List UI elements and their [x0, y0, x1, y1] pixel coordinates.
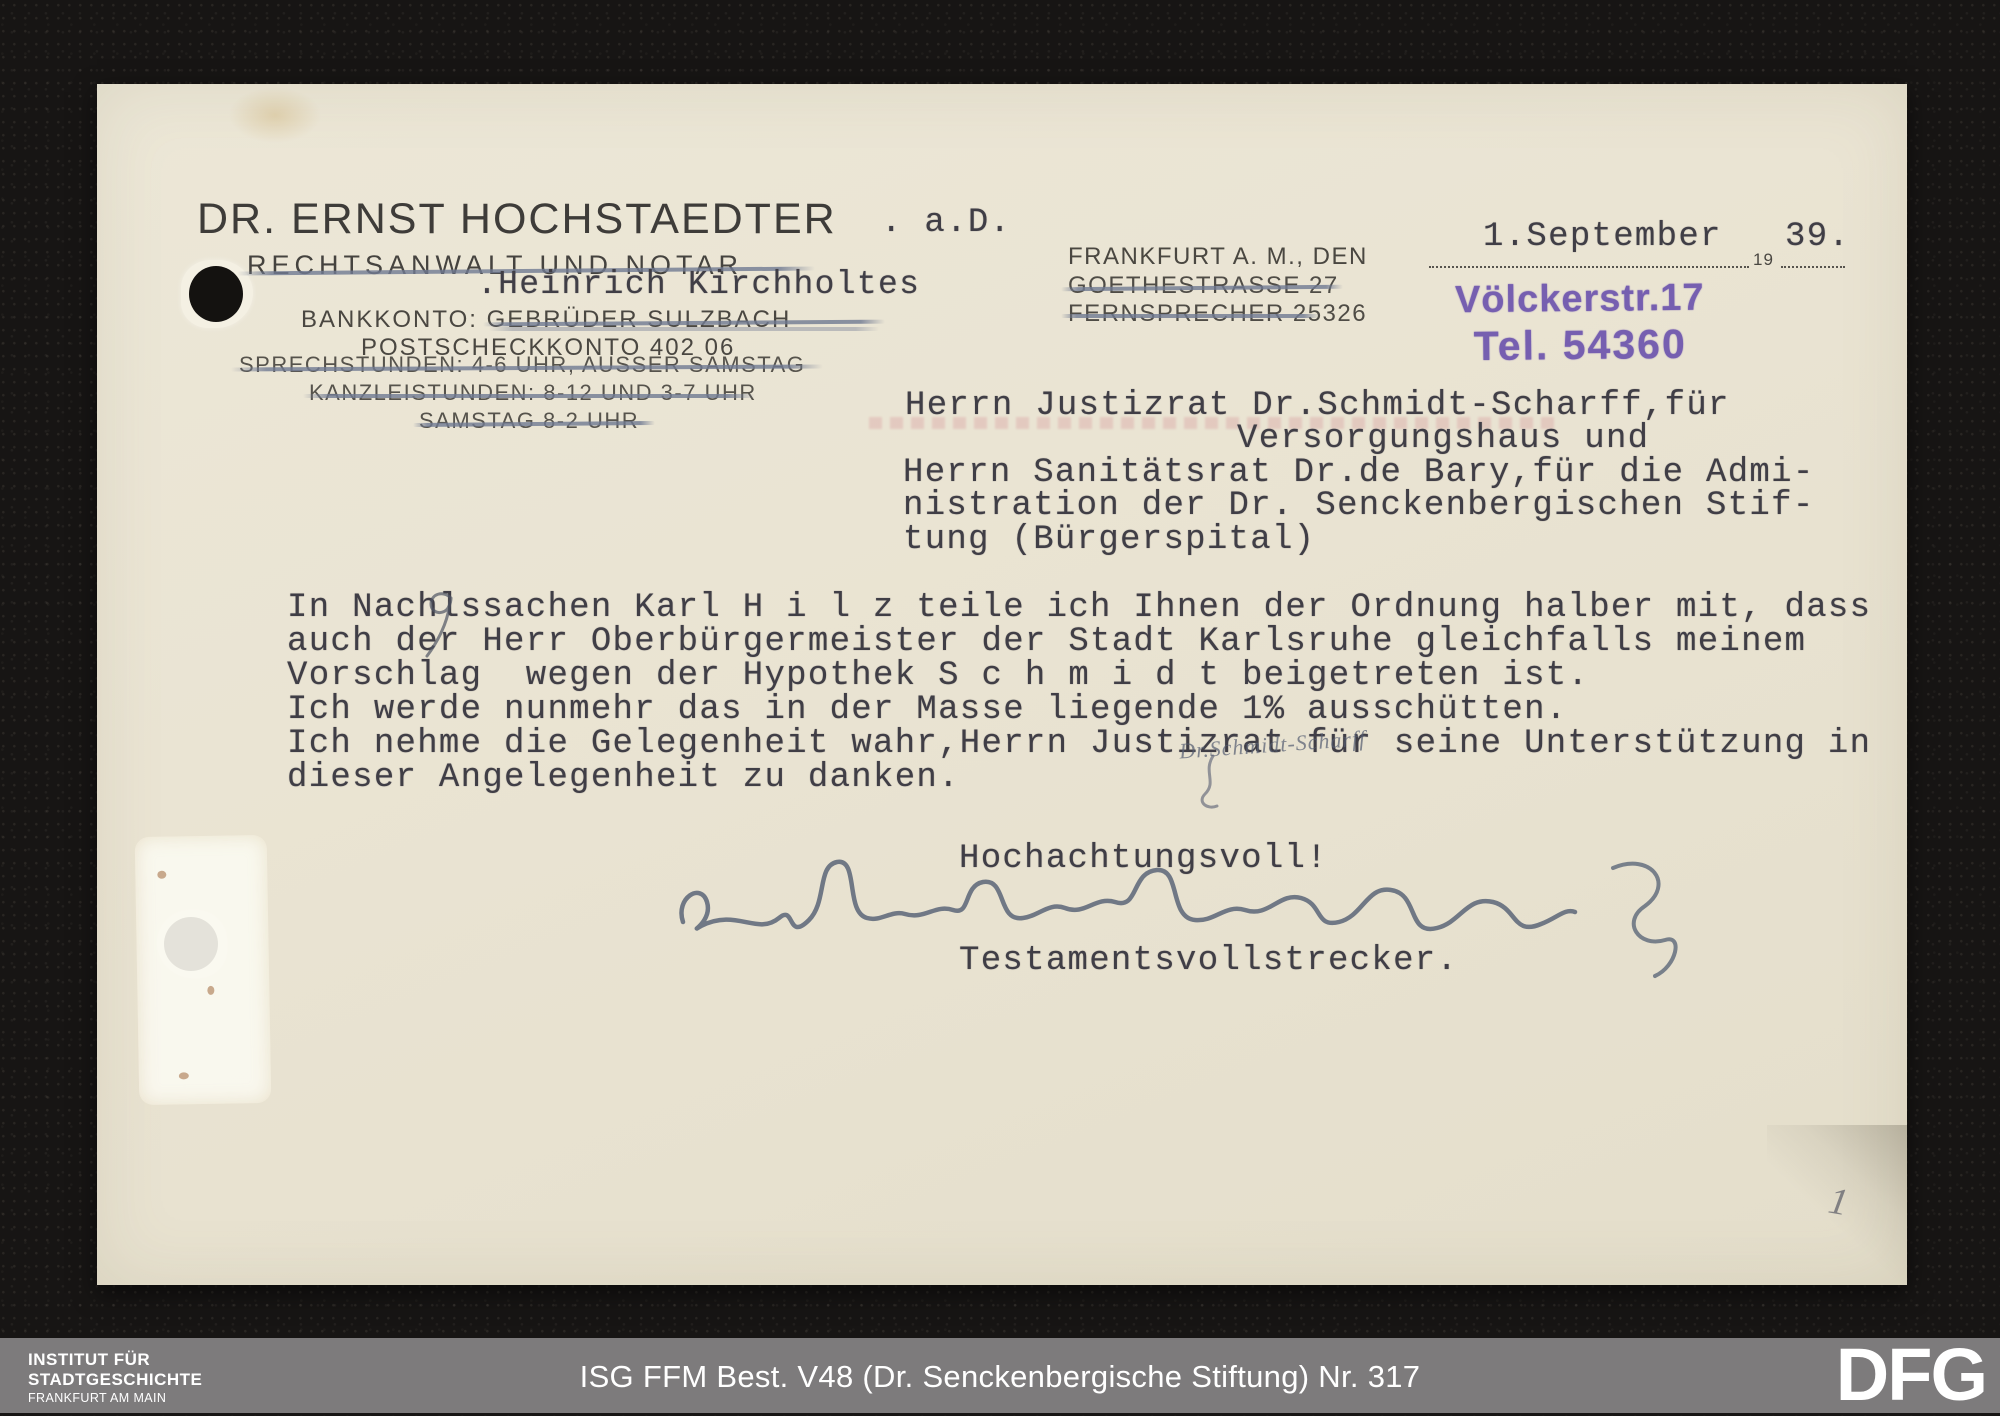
rust-spot [207, 986, 214, 995]
body-line: Ich nehme die Gelegenheit wahr,Herrn Jus… [287, 727, 1871, 761]
body-line: dieser Angelegenheit zu danken. [287, 761, 960, 795]
letterhead-name: DR. ERNST HOCHSTAEDTER [197, 198, 837, 241]
stamp-street: Völckerstr.17 [1437, 275, 1723, 324]
recipient-line: Herrn Justizrat Dr.Schmidt-Scharff,für [905, 389, 1730, 423]
dfg-logo: DFG [1836, 1337, 1986, 1412]
punch-hole-top-center [189, 266, 243, 322]
rust-spot [157, 871, 166, 879]
body-line: In Nachlssachen Karl H i l z teile ich I… [287, 591, 1871, 625]
strikethrough-bank-2 [489, 327, 879, 331]
strikethrough-hours2 [303, 394, 755, 398]
closing-role: Testamentsvollstrecker. [959, 944, 1458, 978]
stamp-phone: Tel. 54360 [1437, 321, 1723, 370]
archive-reference: ISG FFM Best. V48 (Dr. Senckenbergische … [0, 1359, 2000, 1395]
rust-spot [179, 1072, 189, 1079]
letterhead-name-suffix-typed: . a.D. [881, 206, 1011, 240]
insertion-caret-mark [1185, 752, 1229, 814]
body-line: Ich werde nunmehr das in der Masse liege… [287, 693, 1568, 727]
dateline-year-prefix: 19 [1753, 251, 1774, 268]
strikethrough-phone [1061, 314, 1319, 318]
typed-year: 39. [1785, 220, 1850, 254]
recipient-line: Versorgungshaus und [1237, 422, 1649, 456]
recipient-line: nistration der Dr. Senckenbergischen Sti… [903, 489, 1815, 523]
letterhead-successor-typed: .Heinrich Kirchholtes [477, 268, 920, 301]
letterhead-hours-line2: KANZLEISTUNDEN: 8-12 UND 3-7 UHR [309, 382, 757, 404]
typed-date: 1.September [1483, 220, 1722, 254]
archive-footer-bar: INSTITUT FÜR STADTGESCHICHTE FRANKFURT A… [0, 1338, 2000, 1413]
body-line: Vorschlag wegen der Hypothek S c h m i d… [287, 659, 1589, 693]
recipient-line: Herrn Sanitätsrat Dr.de Bary,für die Adm… [903, 456, 1815, 490]
body-line: auch der Herr Oberbürgermeister der Stad… [287, 625, 1806, 659]
dateline-city: FRANKFURT A. M., DEN [1068, 245, 1368, 269]
handwritten-letter-insertion [417, 582, 473, 660]
paper-stain [227, 86, 323, 144]
scan-viewer: DR. ERNST HOCHSTAEDTER . a.D. RECHTSANWA… [0, 0, 2000, 1413]
recipient-line: tung (Bürgerspital) [903, 523, 1315, 557]
letter-page: DR. ERNST HOCHSTAEDTER . a.D. RECHTSANWA… [97, 84, 1907, 1285]
correction-patch [135, 835, 272, 1105]
punch-hole-top [181, 260, 253, 328]
address-stamp: Völckerstr.17 Tel. 54360 [1437, 275, 1724, 370]
